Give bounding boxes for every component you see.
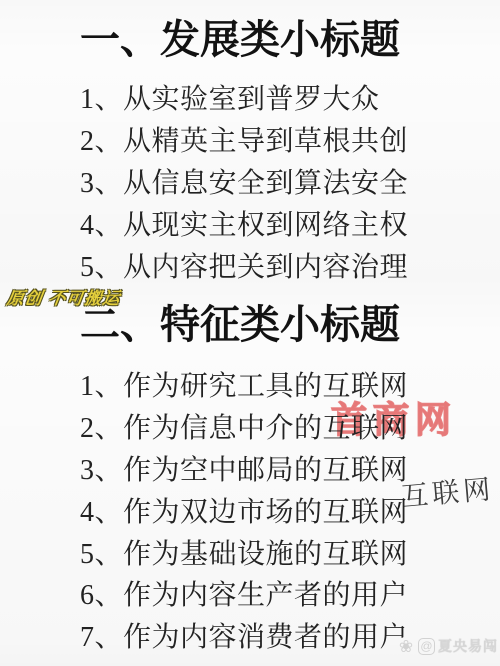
flower-icon: ❀ bbox=[397, 638, 415, 655]
list-item: 1、作为研究工具的互联网 bbox=[80, 370, 408, 404]
section-1-heading: 一、发展类小标题 bbox=[80, 18, 400, 62]
list-item: 4、作为双边市场的互联网 bbox=[80, 496, 408, 530]
list-item: 5、从内容把关到内容治理 bbox=[80, 251, 408, 285]
corner-watermark: ❀ @ 夏央易闯 bbox=[397, 636, 498, 656]
list-item: 4、从现实主权到网络主权 bbox=[80, 209, 408, 243]
list-item: 6、作为内容生产者的用户 bbox=[80, 579, 408, 613]
list-item: 3、从信息安全到算法安全 bbox=[80, 167, 408, 201]
note-image: 首商网 互联网 一、发展类小标题 1、从实验室到普罗大众 2、从精英主导到草根共… bbox=[0, 0, 500, 666]
side-annotation: 互联网 bbox=[399, 467, 495, 514]
list-item: 3、作为空中邮局的互联网 bbox=[80, 454, 408, 488]
list-item: 2、从精英主导到草根共创 bbox=[80, 125, 408, 159]
original-notice-watermark: 原创 不可搬运 bbox=[5, 284, 122, 309]
at-icon: @ bbox=[418, 638, 435, 655]
corner-watermark-text: 夏央易闯 bbox=[438, 636, 498, 656]
list-item: 5、作为基础设施的互联网 bbox=[80, 538, 408, 572]
list-item: 2、作为信息中介的互联网 bbox=[80, 412, 408, 446]
section-2-heading: 二、特征类小标题 bbox=[80, 303, 400, 347]
list-item: 7、作为内容消费者的用户 bbox=[80, 621, 408, 655]
list-item: 1、从实验室到普罗大众 bbox=[80, 83, 380, 117]
